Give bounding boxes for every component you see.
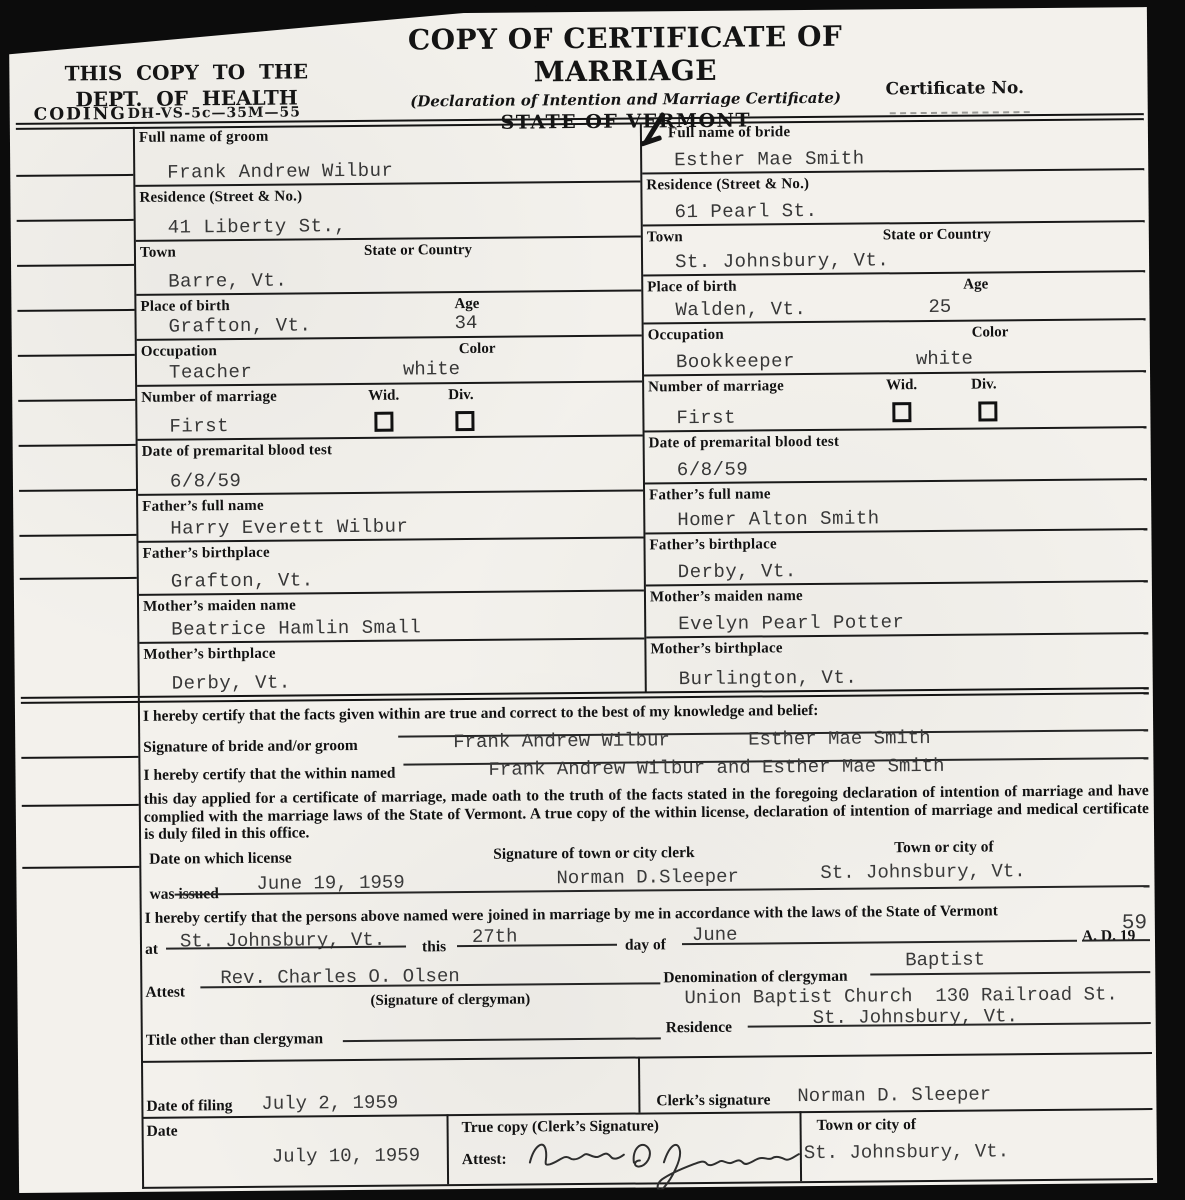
field-groom-father-name: Father’s full name Harry Everett Wilbur xyxy=(138,491,643,542)
date-value: July 10, 1959 xyxy=(272,1144,420,1167)
field-bride-occupation: Occupation Color Bookkeeper white xyxy=(644,320,1146,376)
divorced-label: Div. xyxy=(971,376,997,393)
bride-signature-value: Esther Mae Smith xyxy=(748,727,931,751)
widowed-label: Wid. xyxy=(368,388,399,405)
age-label: Age xyxy=(963,276,988,293)
color-value: white xyxy=(916,348,973,370)
field-label: Father’s birthplace xyxy=(138,538,643,562)
groom-column: Full name of groom Frank Andrew Wilbur R… xyxy=(135,122,647,695)
field-bride-mother-name: Mother’s maiden name Evelyn Pearl Potter xyxy=(646,582,1148,638)
field-value: 6/8/59 xyxy=(170,466,643,492)
age-value: 34 xyxy=(454,312,477,334)
coding-line xyxy=(19,534,136,537)
field-label: Full name of bride xyxy=(642,118,1144,142)
filing-town-value: St. Johnsbury, Vt. xyxy=(804,1140,1009,1164)
form-code: DH-VS-5c—35M—55 xyxy=(128,104,301,122)
field-label: Father’s full name xyxy=(645,480,1147,504)
field-value: Homer Alton Smith xyxy=(677,505,1147,531)
filing-attest-label: Attest: xyxy=(462,1151,507,1169)
state-or-country-label: State or Country xyxy=(364,242,472,260)
coding-line xyxy=(16,174,133,177)
field-value: St. Johnsbury, Vt. xyxy=(675,247,1145,273)
denomination-value: Baptist xyxy=(905,949,985,972)
coding-line xyxy=(21,756,138,759)
field-value: First xyxy=(169,411,642,437)
filing-town-label: Town or city of xyxy=(817,1116,917,1135)
field-label: Place of birth xyxy=(643,272,1145,296)
field-groom-town: Town State or Country Barre, Vt. xyxy=(136,237,641,295)
license-town-value: St. Johnsbury, Vt. xyxy=(820,860,1025,884)
title-other-label: Title other than clergyman xyxy=(146,1030,323,1050)
field-value: Beatrice Hamlin Small xyxy=(171,614,644,640)
clergy-residence-label: Residence xyxy=(666,1019,732,1038)
solemnization-statement: I hereby certify that the persons above … xyxy=(145,902,998,927)
day-underline xyxy=(457,944,617,947)
divorced-label: Div. xyxy=(448,387,474,404)
age-label: Age xyxy=(454,296,479,313)
field-value: Evelyn Pearl Potter xyxy=(678,609,1148,635)
widowed-label: Wid. xyxy=(886,377,917,394)
filing-table-top-line xyxy=(143,1052,1152,1063)
field-groom-blood-test: Date of premarital blood test 6/8/59 xyxy=(138,436,643,495)
page-subtitle: (Declaration of Intention and Marriage C… xyxy=(326,88,926,111)
year-underline xyxy=(1082,939,1150,942)
field-bride-birthplace: Place of birth Age Walden, Vt. 25 xyxy=(643,272,1145,324)
certification-area: I hereby certify that the facts given wi… xyxy=(138,689,1153,1189)
field-bride-father-name: Father’s full name Homer Alton Smith xyxy=(645,480,1147,534)
field-value: Grafton, Vt. xyxy=(169,311,642,337)
field-bride-father-birthplace: Father’s birthplace Derby, Vt. xyxy=(645,530,1147,586)
field-bride-mother-birthplace: Mother’s birthplace Burlington, Vt. xyxy=(646,634,1148,691)
this-label: this xyxy=(422,938,446,956)
field-bride-blood-test: Date of premarital blood test 6/8/59 xyxy=(645,428,1147,484)
field-label: Residence (Street & No.) xyxy=(135,182,640,206)
field-label: Father’s full name xyxy=(138,491,643,515)
field-label: Date of premarital blood test xyxy=(645,428,1147,452)
color-value: white xyxy=(403,358,460,380)
field-value: Burlington, Vt. xyxy=(679,664,1149,690)
field-label: Mother’s maiden name xyxy=(646,582,1148,606)
field-value: Frank Andrew Wilbur xyxy=(167,157,640,183)
coding-line xyxy=(17,219,134,222)
field-bride-marriage-number: Number of marriage Wid. Div. First xyxy=(644,372,1146,432)
field-value: Barre, Vt. xyxy=(168,266,641,292)
divorced-checkbox xyxy=(978,401,997,421)
coding-line xyxy=(17,309,134,312)
groom-signature-value: Frank Andrew Wilbur xyxy=(453,729,670,753)
person-table: Full name of groom Frank Andrew Wilbur R… xyxy=(133,118,1149,696)
field-groom-occupation: Occupation Color Teacher white xyxy=(137,336,642,386)
field-label: Mother’s maiden name xyxy=(139,591,644,615)
signature-of-bride-groom-label: Signature of bride and/or groom xyxy=(143,737,358,757)
field-groom-marriage-number: Number of marriage Wid. Div. First xyxy=(137,382,642,440)
date-label: Date xyxy=(147,1123,178,1141)
field-label: Residence (Street & No.) xyxy=(642,170,1144,194)
bride-column: Full name of bride Esther Mae Smith Resi… xyxy=(642,118,1149,691)
facts-statement: I hereby certify that the facts given wi… xyxy=(143,702,819,726)
field-value: Derby, Vt. xyxy=(172,668,645,694)
coding-line xyxy=(22,866,139,869)
title-other-underline xyxy=(343,1037,661,1042)
field-value: 6/8/59 xyxy=(677,455,1147,481)
color-label: Color xyxy=(459,341,496,358)
certificate-paper: THIS COPY TO THE DEPT. OF HEALTH CODING … xyxy=(9,7,1157,1193)
attest-label: Attest xyxy=(145,983,185,1001)
field-groom-full-name: Full name of groom Frank Andrew Wilbur xyxy=(135,122,641,186)
coding-line xyxy=(19,444,136,447)
month-underline xyxy=(682,940,1077,945)
field-value: Esther Mae Smith xyxy=(674,145,1144,171)
field-value: 41 Liberty St., xyxy=(168,212,641,238)
day-of-label: day of xyxy=(625,936,666,954)
denomination-underline xyxy=(870,971,1150,975)
license-town-label: Town or city of xyxy=(894,838,994,857)
field-label: Father’s birthplace xyxy=(645,530,1147,554)
widowed-checkbox xyxy=(374,412,393,432)
field-groom-residence: Residence (Street & No.) 41 Liberty St., xyxy=(135,182,640,241)
coding-line xyxy=(18,354,135,357)
coding-line xyxy=(18,399,135,402)
year-value: 59 xyxy=(1122,912,1147,935)
town-clerk-signature-value: Norman D.Sleeper xyxy=(556,866,739,890)
page-title: COPY OF CERTIFICATE OF MARRIAGE xyxy=(325,19,926,90)
field-label: Mother’s birthplace xyxy=(646,634,1148,658)
filing-row2-divider-left xyxy=(446,1114,449,1184)
field-value: Walden, Vt. xyxy=(675,295,1145,321)
date-of-filing-value: July 2, 1959 xyxy=(261,1092,398,1115)
field-groom-father-birthplace: Father’s birthplace Grafton, Vt. xyxy=(138,538,643,595)
clerk-certification-paragraph: this day applied for a certificate of ma… xyxy=(144,782,1149,843)
clerk-signature-value: Norman D. Sleeper xyxy=(797,1083,991,1107)
coding-line xyxy=(19,489,136,492)
field-bride-full-name: Full name of bride Esther Mae Smith xyxy=(642,118,1144,174)
field-label: Date of premarital blood test xyxy=(138,436,643,460)
state-or-country-label: State or Country xyxy=(883,226,991,244)
field-value: Harry Everett Wilbur xyxy=(170,513,643,539)
clerk-signature-label: Clerk’s signature xyxy=(656,1091,770,1110)
scanned-marriage-certificate: { "header": { "copy_note_line1": "THIS C… xyxy=(0,0,1185,1200)
license-date-label-line1: Date on which license xyxy=(149,850,292,869)
field-value: Derby, Vt. xyxy=(678,557,1148,583)
divorced-checkbox xyxy=(455,411,474,431)
color-label: Color xyxy=(972,324,1009,341)
field-groom-mother-birthplace: Mother’s birthplace Derby, Vt. xyxy=(139,639,644,695)
field-label: Full name of groom xyxy=(135,122,640,146)
clerk-signature-script xyxy=(522,1120,803,1195)
field-label: Mother’s birthplace xyxy=(139,639,644,663)
denomination-label: Denomination of clergyman xyxy=(663,968,847,988)
within-named-value: Frank Andrew Wilbur and Esther Mae Smith xyxy=(488,755,944,781)
town-clerk-signature-label: Signature of town or city clerk xyxy=(493,844,694,864)
field-value: Bookkeeper xyxy=(676,347,1146,373)
filing-row1-divider xyxy=(638,1057,640,1113)
field-value: 61 Pearl St. xyxy=(675,197,1145,223)
coding-line xyxy=(22,804,139,807)
field-bride-residence: Residence (Street & No.) 61 Pearl St. xyxy=(642,170,1144,226)
certificate-number-label: Certificate No. xyxy=(885,78,1024,99)
field-bride-town: Town State or Country St. Johnsbury, Vt. xyxy=(643,222,1145,276)
age-value: 25 xyxy=(928,296,951,318)
field-label: Occupation xyxy=(644,320,1146,344)
field-groom-birthplace: Place of birth Age Grafton, Vt. 34 xyxy=(136,291,641,340)
coding-line xyxy=(20,577,137,580)
widowed-checkbox xyxy=(892,402,911,422)
copy-note-line1: THIS COPY TO THE xyxy=(61,58,311,86)
field-groom-mother-name: Mother’s maiden name Beatrice Hamlin Sma… xyxy=(139,591,644,643)
coding-line xyxy=(17,264,134,267)
at-label: at xyxy=(145,941,158,959)
signature-of-clergyman-caption: (Signature of clergyman) xyxy=(370,991,530,1009)
date-of-filing-label: Date of filing xyxy=(146,1097,232,1116)
field-value: Grafton, Vt. xyxy=(171,566,644,592)
within-named-label: I hereby certify that the within named xyxy=(143,765,395,785)
